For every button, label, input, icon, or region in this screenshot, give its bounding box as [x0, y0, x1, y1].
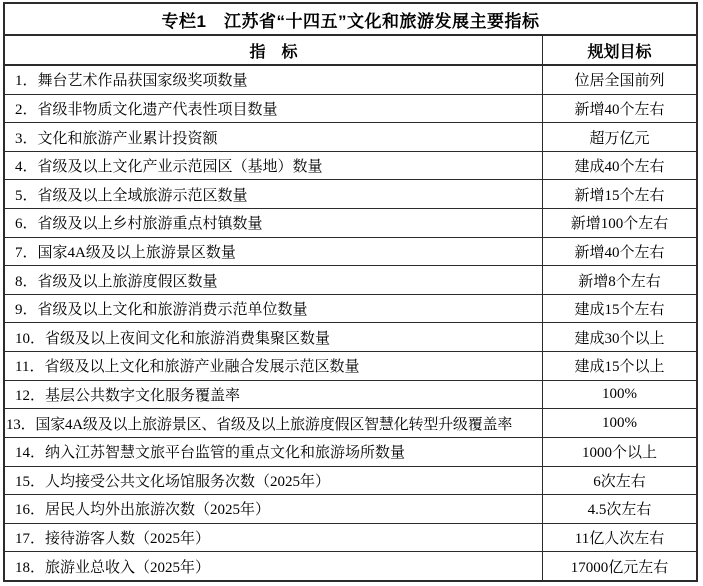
- target-cell: 新增40个左右: [543, 238, 696, 266]
- target-cell: 17000亿元左右: [543, 552, 696, 580]
- table-row: 6．省级及以上乡村旅游重点村镇数量 新增100个左右: [5, 208, 696, 237]
- indicator-cell: 17．接待游客人数（2025年）: [5, 524, 543, 552]
- indicator-cell: 12．基层公共数字文化服务覆盖率: [5, 381, 543, 409]
- document-page: { "table": { "title": "专栏1 江苏省“十四五”文化和旅游…: [0, 0, 703, 586]
- table-row: 8．省级及以上旅游度假区数量 新增8个左右: [5, 265, 696, 294]
- indicator-cell: 11．省级及以上文化和旅游产业融合发展示范区数量: [5, 352, 543, 380]
- target-cell: 建成30个以上: [543, 323, 696, 351]
- target-cell: 位居全国前列: [543, 66, 696, 94]
- indicator-cell: 14．纳入江苏智慧文旅平台监管的重点文化和旅游场所数量: [5, 438, 543, 466]
- table-row: 17．接待游客人数（2025年） 11亿人次左右: [5, 523, 696, 552]
- indicator-cell: 6．省级及以上乡村旅游重点村镇数量: [5, 209, 543, 237]
- indicator-cell: 8．省级及以上旅游度假区数量: [5, 266, 543, 294]
- indicator-cell: 1．舞台艺术作品获国家级奖项数量: [5, 66, 543, 94]
- column-header-target: 规划目标: [543, 36, 696, 64]
- table-row: 7．国家4A级及以上旅游景区数量 新增40个左右: [5, 237, 696, 266]
- target-cell: 6次左右: [543, 467, 696, 495]
- target-cell: 100%: [543, 381, 696, 409]
- indicator-table: 专栏1 江苏省“十四五”文化和旅游发展主要指标 指 标 规划目标 1．舞台艺术作…: [3, 2, 698, 582]
- table-row: 3．文化和旅游产业累计投资额 超万亿元: [5, 122, 696, 151]
- table-title: 专栏1 江苏省“十四五”文化和旅游发展主要指标: [5, 4, 696, 36]
- target-cell: 新增8个左右: [543, 266, 696, 294]
- target-cell: 新增40个左右: [543, 95, 696, 123]
- indicator-cell: 9．省级及以上文化和旅游消费示范单位数量: [5, 295, 543, 323]
- table-row: 13．国家4A级及以上旅游景区、省级及以上旅游度假区智慧化转型升级覆盖率 100…: [5, 408, 696, 437]
- table-row: 15．人均接受公共文化场馆服务次数（2025年） 6次左右: [5, 466, 696, 495]
- indicator-cell: 15．人均接受公共文化场馆服务次数（2025年）: [5, 467, 543, 495]
- table-row: 9．省级及以上文化和旅游消费示范单位数量 建成15个左右: [5, 294, 696, 323]
- table-header-row: 指 标 规划目标: [5, 36, 696, 66]
- table-body: 1．舞台艺术作品获国家级奖项数量 位居全国前列 2．省级非物质文化遗产代表性项目…: [5, 66, 696, 580]
- indicator-cell: 18．旅游业总收入（2025年）: [5, 552, 543, 580]
- indicator-cell: 13．国家4A级及以上旅游景区、省级及以上旅游度假区智慧化转型升级覆盖率: [5, 409, 543, 437]
- table-row: 12．基层公共数字文化服务覆盖率 100%: [5, 380, 696, 409]
- column-header-indicator: 指 标: [5, 36, 543, 64]
- table-row: 5．省级及以上全域旅游示范区数量 新增15个左右: [5, 179, 696, 208]
- table-row: 4．省级及以上文化产业示范园区（基地）数量 建成40个左右: [5, 151, 696, 180]
- indicator-cell: 4．省级及以上文化产业示范园区（基地）数量: [5, 152, 543, 180]
- indicator-cell: 2．省级非物质文化遗产代表性项目数量: [5, 95, 543, 123]
- indicator-cell: 10．省级及以上夜间文化和旅游消费集聚区数量: [5, 323, 543, 351]
- target-cell: 建成40个左右: [543, 152, 696, 180]
- table-row: 10．省级及以上夜间文化和旅游消费集聚区数量 建成30个以上: [5, 322, 696, 351]
- table-row: 1．舞台艺术作品获国家级奖项数量 位居全国前列: [5, 66, 696, 94]
- target-cell: 100%: [543, 409, 696, 437]
- target-cell: 建成15个以上: [543, 352, 696, 380]
- target-cell: 建成15个左右: [543, 295, 696, 323]
- indicator-cell: 7．国家4A级及以上旅游景区数量: [5, 238, 543, 266]
- indicator-cell: 3．文化和旅游产业累计投资额: [5, 123, 543, 151]
- table-row: 16．居民人均外出旅游次数（2025年） 4.5次左右: [5, 494, 696, 523]
- target-cell: 1000个以上: [543, 438, 696, 466]
- table-row: 14．纳入江苏智慧文旅平台监管的重点文化和旅游场所数量 1000个以上: [5, 437, 696, 466]
- table-row: 2．省级非物质文化遗产代表性项目数量 新增40个左右: [5, 94, 696, 123]
- target-cell: 新增15个左右: [543, 180, 696, 208]
- target-cell: 11亿人次左右: [543, 524, 696, 552]
- table-row: 18．旅游业总收入（2025年） 17000亿元左右: [5, 551, 696, 580]
- table-row: 11．省级及以上文化和旅游产业融合发展示范区数量 建成15个以上: [5, 351, 696, 380]
- indicator-cell: 5．省级及以上全域旅游示范区数量: [5, 180, 543, 208]
- indicator-cell: 16．居民人均外出旅游次数（2025年）: [5, 495, 543, 523]
- target-cell: 超万亿元: [543, 123, 696, 151]
- target-cell: 4.5次左右: [543, 495, 696, 523]
- target-cell: 新增100个左右: [543, 209, 696, 237]
